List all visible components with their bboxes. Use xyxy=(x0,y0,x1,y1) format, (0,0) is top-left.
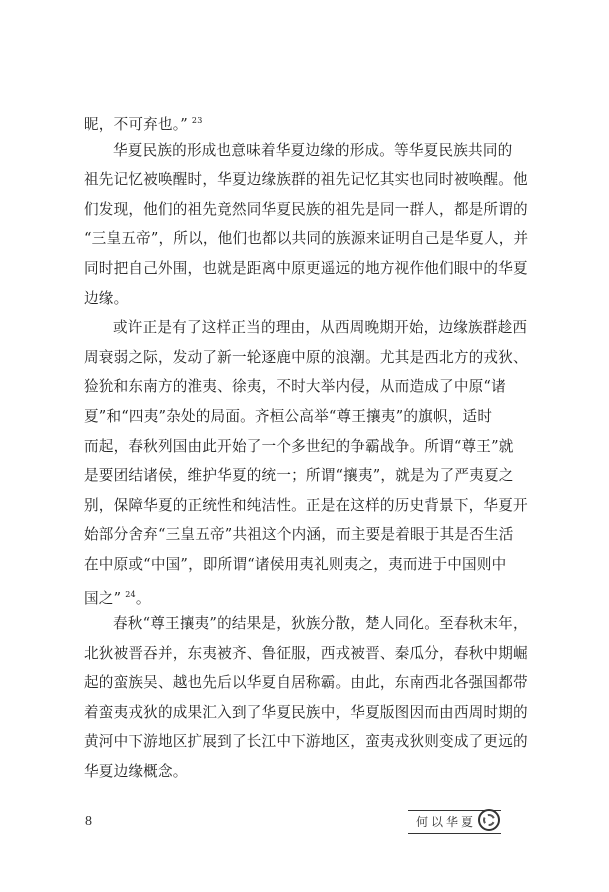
text-line: 同时把自己外围，也就是距离中原更遥远的地方视作他们眼中的华夏 xyxy=(84,254,500,284)
line-text: 或许正是有了这样正当的理由，从西周晚期开始，边缘族群趁西 xyxy=(113,319,527,336)
line-text: 猃狁和东南方的淮夷、徐夷，不时大举内侵，从而造成了中原“诸 xyxy=(84,378,506,395)
text-line: 边缘。 xyxy=(84,284,500,314)
line-text: 祖先记忆被唤醒时，华夏边缘族群的祖先记忆其实也同时被唤醒。他 xyxy=(84,171,528,188)
text-line: 们发现，他们的祖先竟然同华夏民族的祖先是同一群人，都是所谓的 xyxy=(84,195,500,225)
text-line: 周衰弱之际，发动了新一轮逐鹿中原的浪潮。尤其是西北方的戎狄、 xyxy=(84,343,500,373)
text-line: 猃狁和东南方的淮夷、徐夷，不时大举内侵，从而造成了中原“诸 xyxy=(84,372,500,402)
text-line: 北狄被晋吞并，东夷被齐、鲁征服，西戎被晋、秦瓜分，春秋中期崛 xyxy=(84,639,500,669)
text-line: 别，保障华夏的正统性和纯洁性。正是在这样的历史背景下，华夏开 xyxy=(84,491,500,521)
footnote-marker: 23 xyxy=(192,116,203,125)
line-text: 着蛮夷戎狄的成果汇入到了华夏民族中，华夏版图因而由西周时期的 xyxy=(84,704,528,721)
line-tail: 。 xyxy=(136,590,151,607)
text-line: “三皇五帝”，所以，他们也都以共同的族源来证明自己是华夏人，并 xyxy=(84,224,500,254)
line-text: 华夏民族的形成也意味着华夏边缘的形成。等华夏民族共同的 xyxy=(113,142,512,159)
line-text: 春秋“尊王攘夷”的结果是，狄族分散，楚人同化。至春秋末年， xyxy=(113,615,528,632)
line-text: 起的蛮族吴、越也先后以华夏自居称霸。由此，东南西北各强国都带 xyxy=(84,674,528,691)
page-body: 昵，不可弃也。”23华夏民族的形成也意味着华夏边缘的形成。等华夏民族共同的祖先记… xyxy=(84,106,500,787)
line-text: 同时把自己外围，也就是距离中原更遥远的地方视作他们眼中的华夏 xyxy=(84,260,528,277)
line-text: 昵，不可弃也。” xyxy=(84,116,188,133)
text-line: 春秋“尊王攘夷”的结果是，狄族分散，楚人同化。至春秋末年， xyxy=(84,609,500,639)
text-line: 是要团结诸侯，维护华夏的统一；所谓“攘夷”，就是为了严夷夏之 xyxy=(84,461,500,491)
text-line: 或许正是有了这样正当的理由，从西周晚期开始，边缘族群趁西 xyxy=(84,313,500,343)
text-line: 祖先记忆被唤醒时，华夏边缘族群的祖先记忆其实也同时被唤醒。他 xyxy=(84,165,500,195)
line-text: 而起，春秋列国由此开始了一个多世纪的争霸战争。所谓“尊王”就 xyxy=(84,438,514,455)
text-line: 着蛮夷戎狄的成果汇入到了华夏民族中，华夏版图因而由西周时期的 xyxy=(84,698,500,728)
line-text: 黄河中下游地区扩展到了长江中下游地区，蛮夷戎狄则变成了更远的 xyxy=(84,733,528,750)
text-line: 昵，不可弃也。”23 xyxy=(84,106,500,136)
line-text: 始部分舍弃“三皇五帝”共祖这个内涵，而主要是着眼于其是否生活 xyxy=(84,526,514,543)
text-line: 而起，春秋列国由此开始了一个多世纪的争霸战争。所谓“尊王”就 xyxy=(84,432,500,462)
line-text: 们发现，他们的祖先竟然同华夏民族的祖先是同一群人，都是所谓的 xyxy=(84,201,528,218)
line-text: 国之” xyxy=(84,590,121,607)
text-line: 国之”24。 xyxy=(84,580,500,610)
line-text: 是要团结诸侯，维护华夏的统一；所谓“攘夷”，就是为了严夷夏之 xyxy=(84,467,514,484)
line-text: 周衰弱之际，发动了新一轮逐鹿中原的浪潮。尤其是西北方的戎狄、 xyxy=(84,349,528,366)
circular-seal-icon xyxy=(478,809,500,831)
line-text: 边缘。 xyxy=(84,290,128,307)
line-text: 在中原或“中国”，即所谓“诸侯用夷礼则夷之，夷而进于中国则中 xyxy=(84,556,506,573)
line-text: “三皇五帝”，所以，他们也都以共同的族源来证明自己是华夏人，并 xyxy=(84,230,528,247)
text-line: 在中原或“中国”，即所谓“诸侯用夷礼则夷之，夷而进于中国则中 xyxy=(84,550,500,580)
footnote-marker: 24 xyxy=(125,590,136,599)
seal-inner-ring xyxy=(483,814,495,826)
line-text: 华夏边缘概念。 xyxy=(84,763,188,780)
page-number: 8 xyxy=(85,814,92,830)
text-line: 夏”和“四夷”杂处的局面。齐桓公高举“尊王攘夷”的旗帜，适时 xyxy=(84,402,500,432)
line-text: 北狄被晋吞并，东夷被齐、鲁征服，西戎被晋、秦瓜分，春秋中期崛 xyxy=(84,645,528,662)
text-line: 华夏边缘概念。 xyxy=(84,757,500,787)
text-line: 始部分舍弃“三皇五帝”共祖这个内涵，而主要是着眼于其是否生活 xyxy=(84,520,500,550)
line-text: 夏”和“四夷”杂处的局面。齐桓公高举“尊王攘夷”的旗帜，适时 xyxy=(84,408,492,425)
text-line: 黄河中下游地区扩展到了长江中下游地区，蛮夷戎狄则变成了更远的 xyxy=(84,727,500,757)
line-text: 别，保障华夏的正统性和纯洁性。正是在这样的历史背景下，华夏开 xyxy=(84,497,528,514)
text-line: 起的蛮族吴、越也先后以华夏自居称霸。由此，东南西北各强国都带 xyxy=(84,668,500,698)
text-line: 华夏民族的形成也意味着华夏边缘的形成。等华夏民族共同的 xyxy=(84,136,500,166)
running-title: 何以华夏 xyxy=(416,813,476,830)
